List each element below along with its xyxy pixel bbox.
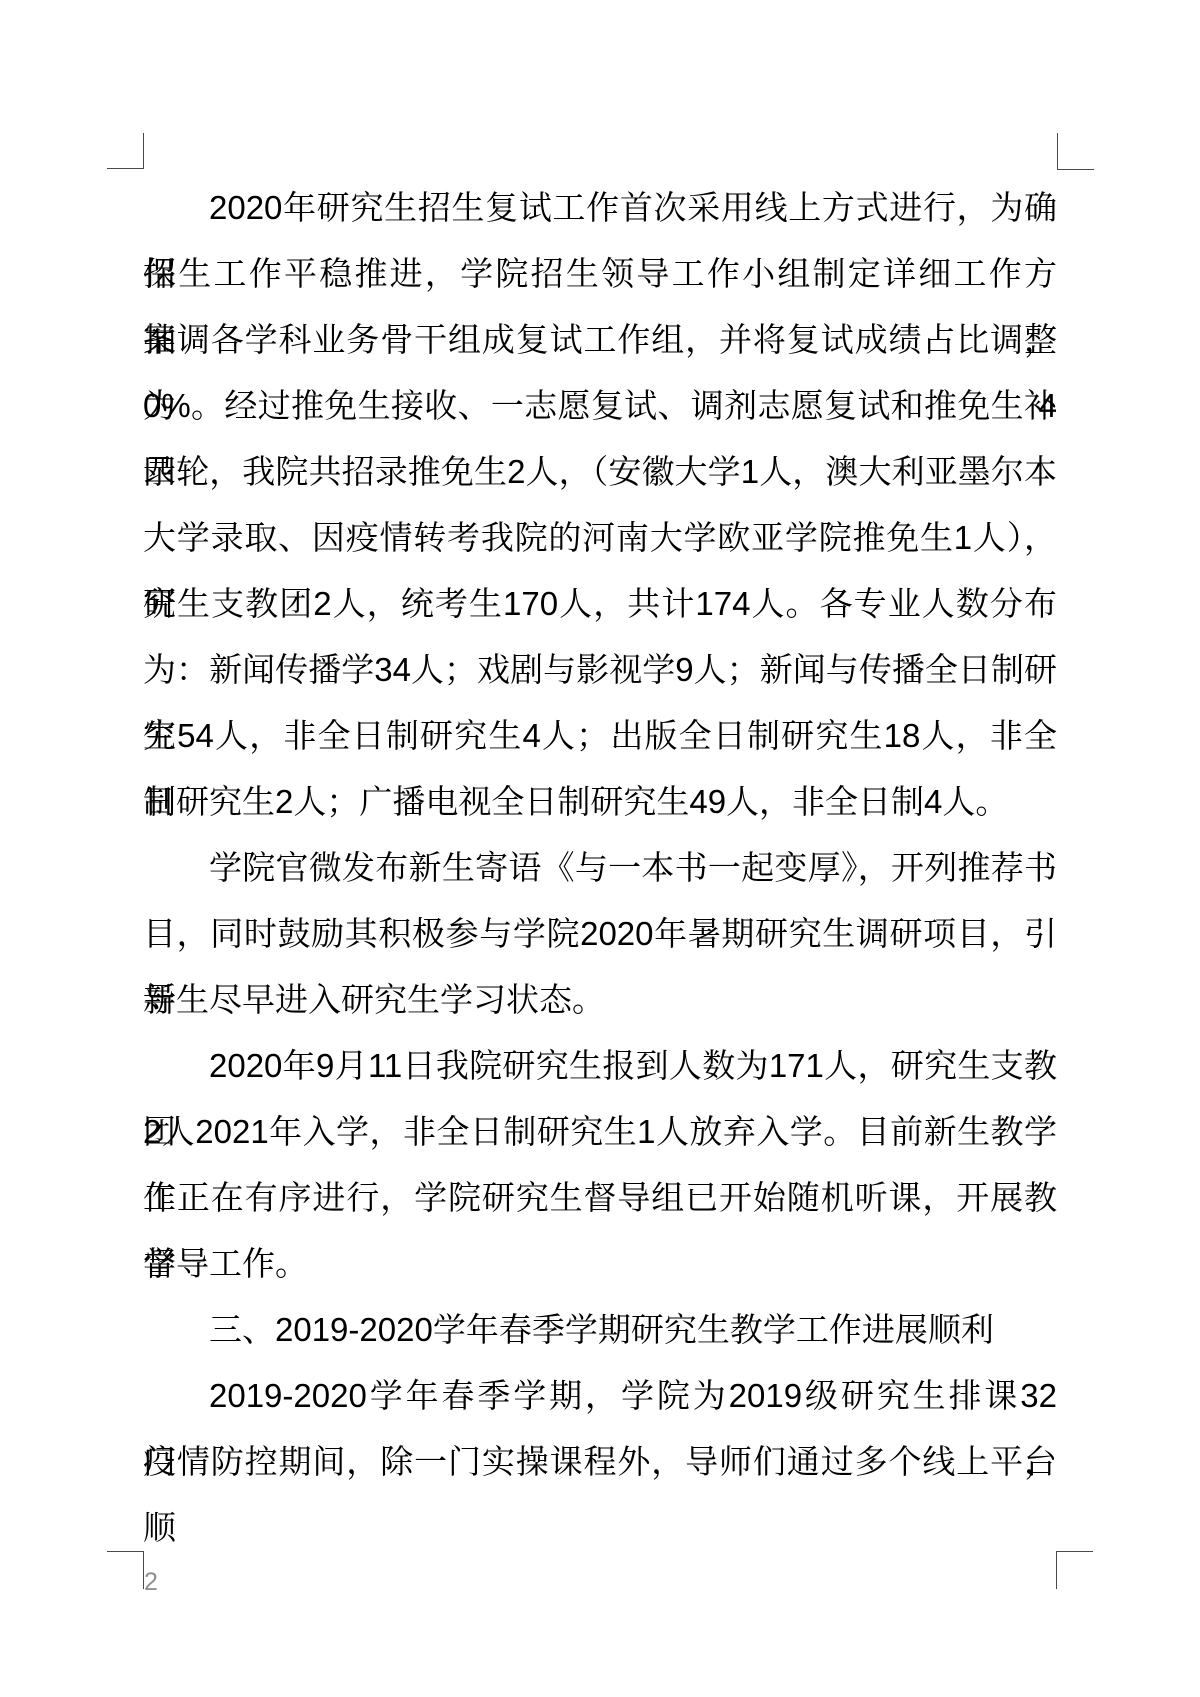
layout-grid-mark-bottom-right — [1056, 1551, 1093, 1589]
heading-line: 三、2019-2020学年春季学期研究生教学工作进展顺利 — [143, 1297, 1057, 1363]
layout-grid-mark-top-right — [1057, 133, 1094, 170]
text-line: 制研究生2人；广播电视全日制研究生49人，非全日制4人。 — [143, 769, 1057, 835]
text-line: 学院官微发布新生寄语《与一本书一起变厚》，开列推荐书 — [143, 835, 1057, 901]
text-line: 2020年研究生招生复试工作首次采用线上方式进行，为确保 — [143, 175, 1057, 241]
text-line: 招生工作平稳推进，学院招生领导工作小组制定详细工作方案， — [143, 241, 1057, 307]
text-line: 究生支教团2人，统考生170人，共计174人。各专业人数分布 — [143, 571, 1057, 637]
layout-grid-mark-bottom-left — [107, 1551, 144, 1589]
text-line: 2人2021年入学，非全日制研究生1人放弃入学。目前新生教学工 — [143, 1099, 1057, 1165]
text-line: 大学录取、因疫情转考我院的河南大学欧亚学院推免生1人），研 — [143, 505, 1057, 571]
text-line: 新生尽早进入研究生学习状态。 — [143, 967, 1057, 1033]
document-page: 2020年研究生招生复试工作首次采用线上方式进行，为确保招生工作平稳推进，学院招… — [0, 0, 1200, 1697]
text-line: 目，同时鼓励其积极参与学院2020年暑期研究生调研项目，引导 — [143, 901, 1057, 967]
text-line: 督导工作。 — [143, 1231, 1057, 1297]
text-line: 疫情防控期间，除一门实操课程外，导师们通过多个线上平台顺 — [143, 1429, 1057, 1495]
text-line: 四轮，我院共招录推免生2人，（安徽大学1人，澳大利亚墨尔本 — [143, 439, 1057, 505]
text-body: 2020年研究生招生复试工作首次采用线上方式进行，为确保招生工作平稳推进，学院招… — [143, 175, 1057, 1495]
text-line: 2019-2020学年春季学期，学院为2019级研究生排课32门， — [143, 1363, 1057, 1429]
text-line: 生54人，非全日制研究生4人；出版全日制研究生18人，非全日 — [143, 703, 1057, 769]
text-line: 0%。经过推免生接收、一志愿复试、调剂志愿复试和推免生补录 — [143, 373, 1057, 439]
page-number: 2 — [144, 1570, 158, 1595]
text-line: 作正在有序进行，学院研究生督导组已开始随机听课，开展教学 — [143, 1165, 1057, 1231]
text-line: 抽调各学科业务骨干组成复试工作组，并将复试成绩占比调整为4 — [143, 307, 1057, 373]
layout-grid-mark-top-left — [107, 133, 144, 169]
text-line: 2020年9月11日我院研究生报到人数为171人，研究生支教团 — [143, 1033, 1057, 1099]
text-line: 为：新闻传播学34人；戏剧与影视学9人；新闻与传播全日制研究 — [143, 637, 1057, 703]
